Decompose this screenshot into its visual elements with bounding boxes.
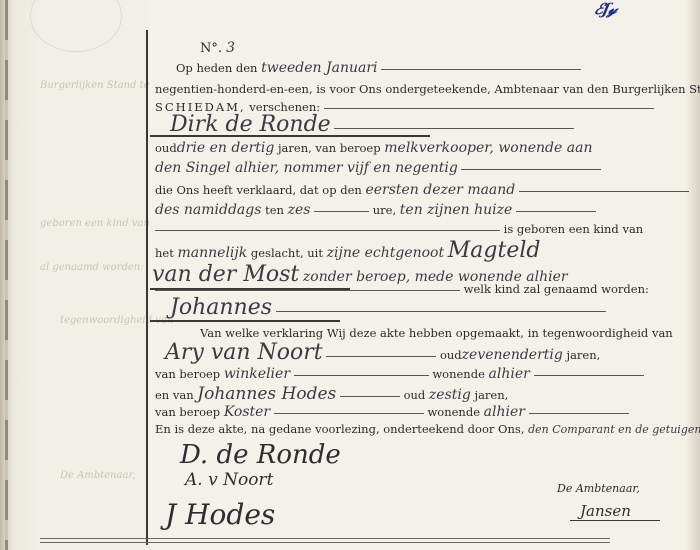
birth-place: ten zijnen huize [400, 202, 513, 218]
line-age-occupation: ouddrie en dertig jaren, van beroep melk… [155, 140, 592, 156]
declarant-age: drie en dertig [177, 140, 275, 156]
declarant-name: Dirk de Ronde [170, 112, 331, 137]
line-named: welk kind zal genaamd worden: [155, 282, 649, 296]
signature-declarant: D. de Ronde [180, 440, 341, 470]
line-witness2-details: van beroep Koster wonende alhier [155, 404, 629, 420]
printed-text: negentien-honderd-en-een, is voor Ons on… [155, 82, 700, 96]
witness1-age: zevenendertig [462, 347, 563, 363]
signature-witness2: J Hodes [165, 498, 275, 531]
time-of-day: des namiddags [155, 202, 261, 218]
printed-text: oud [155, 141, 177, 155]
line-declared: die Ons heeft verklaard, dat op den eers… [155, 182, 689, 198]
number-label: N°. [200, 41, 222, 56]
faded-seal [30, 0, 122, 52]
mother-first-name: Magteld [448, 238, 541, 263]
number-value: 3 [226, 40, 235, 56]
witness2-occupation: Koster [224, 404, 270, 420]
previous-page-edge: Burgerlijken Stand te geboren een kind v… [0, 0, 150, 550]
bleed-through-text: Burgerlijken Stand te [40, 80, 150, 91]
declarant-occupation: melkverkooper, wonende aan [384, 140, 592, 156]
line-address: den Singel alhier, nommer vijf en negent… [155, 160, 601, 176]
child-sex: mannelijk [178, 245, 248, 261]
printed-text: wonende [432, 367, 485, 381]
margin-rule [146, 30, 148, 545]
printed-text: en van [155, 388, 194, 402]
line-child-name: Johannes [170, 295, 606, 320]
line-born: is geboren een kind van [155, 222, 643, 236]
relation: zijne echtgenoot [327, 245, 444, 261]
signature-official: Jansen [580, 502, 631, 520]
line-witness2: en van Johannes Hodes oud zestig jaren, [155, 384, 508, 404]
witness2-age: zestig [429, 387, 471, 403]
printed-text: Van welke verklaring Wij deze akte hebbe… [200, 326, 673, 340]
printed-text: Op heden den [176, 61, 257, 75]
printed-text: van beroep [155, 367, 220, 381]
printed-text: geslacht, uit [251, 246, 323, 260]
line-witnesses: Van welke verklaring Wij deze akte hebbe… [200, 326, 673, 340]
child-name: Johannes [170, 295, 272, 320]
printed-text: jaren, [567, 348, 601, 362]
handwritten-date: tweeden Januari [261, 60, 377, 76]
underline [570, 520, 660, 521]
printed-text: welk kind zal genaamd worden: [464, 282, 649, 296]
line-witness1: Ary van Noort oudzevenendertig jaren, [165, 340, 600, 365]
printed-text: En is deze akte, na gedane voorlezing, o… [155, 422, 524, 436]
witness1-name: Ary van Noort [165, 340, 323, 365]
signatories: den Comparant en de getuigen. [528, 423, 700, 436]
printed-text: oud [404, 388, 426, 402]
printed-text: jaren, [475, 388, 509, 402]
bleed-through-text: geboren een kind van [40, 218, 150, 229]
witness2-name: Johannes Hodes [197, 384, 336, 404]
witness2-residence: alhier [484, 404, 525, 420]
line-witness1-details: van beroep winkelier wonende alhier [155, 366, 644, 382]
underline [150, 135, 430, 137]
record-number: N°. 3 [200, 40, 235, 56]
declarant-address: den Singel alhier, nommer vijf en negent… [155, 160, 458, 176]
line-declarant: Dirk de Ronde [170, 112, 574, 137]
line-date: Op heden den tweeden Januari [176, 60, 581, 76]
bleed-through-text: al genaamd worden: [40, 262, 144, 273]
line-sex-mother: het mannelijk geslacht, uit zijne echtge… [155, 238, 540, 263]
bottom-rule [40, 538, 610, 543]
signature-witness1: A. v Noort [185, 470, 273, 490]
printed-text: jaren, van beroep [278, 141, 381, 155]
bleed-through-text: De Ambtenaar, [60, 470, 135, 481]
printed-text: het [155, 246, 174, 260]
printed-text: ure, [373, 203, 396, 217]
underline [150, 320, 340, 322]
printed-text: wonende [427, 405, 480, 419]
witness1-occupation: winkelier [224, 366, 290, 382]
birth-hour: zes [288, 202, 311, 218]
printed-text: van beroep [155, 405, 220, 419]
birth-date: eersten dezer maand [365, 182, 515, 198]
line-time-place: des namiddags ten zes ure, ten zijnen hu… [155, 202, 596, 218]
ink-stamp-mark: ℰʃ𝓎 [592, 0, 621, 18]
witness1-residence: alhier [489, 366, 530, 382]
printed-text: is geboren een kind van [504, 222, 644, 236]
printed-text: die Ons heeft verklaard, dat op den [155, 183, 362, 197]
line-signing: En is deze akte, na gedane voorlezing, o… [155, 422, 700, 436]
line-registrar: negentien-honderd-en-een, is voor Ons on… [155, 82, 700, 96]
printed-text: oud [440, 348, 462, 362]
official-title: De Ambtenaar, [557, 482, 640, 495]
printed-text: ten [265, 203, 284, 217]
binding-stitching [5, 0, 8, 550]
